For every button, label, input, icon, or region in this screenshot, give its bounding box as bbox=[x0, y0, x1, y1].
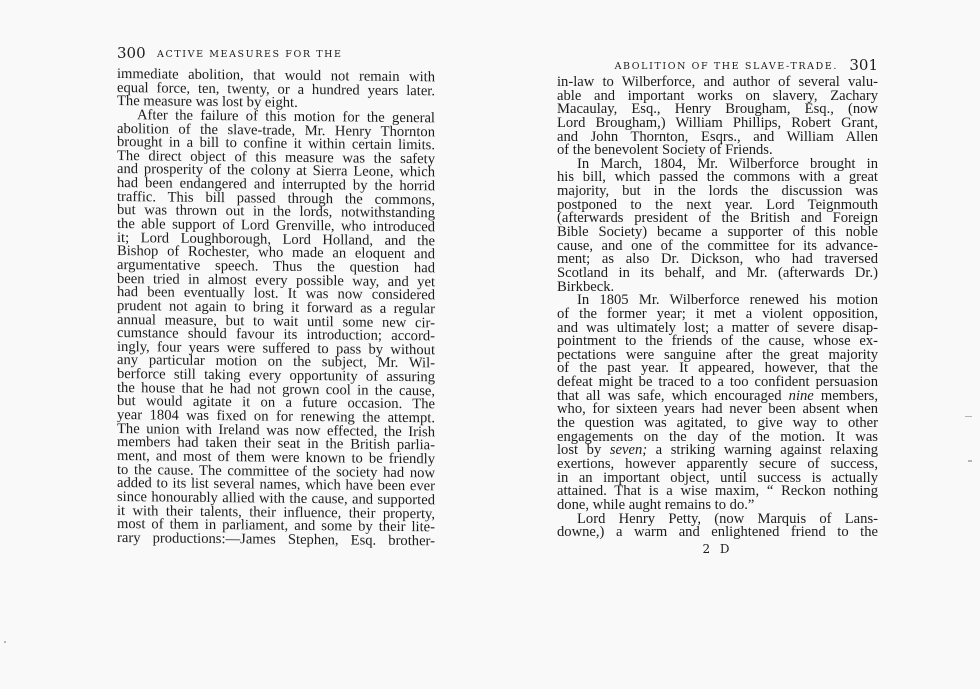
scan-artifact bbox=[968, 460, 972, 462]
running-head-title: ACTIVE MEASURES FOR THE bbox=[157, 49, 343, 60]
page-number: 301 bbox=[849, 56, 878, 74]
text-line: rary productions:—James Stephen, Esq. br… bbox=[117, 532, 435, 549]
scan-artifact bbox=[4, 641, 6, 643]
text-line: downe,) a warm and enlightened friend to… bbox=[557, 526, 878, 540]
right-running-head: ABOLITION OF THE SLAVE-TRADE. 301 bbox=[557, 56, 878, 76]
page-number: 300 bbox=[117, 44, 146, 62]
right-page-body: in-law to Wilberforce, and author of sev… bbox=[557, 76, 878, 540]
running-head-title: ABOLITION OF THE SLAVE-TRADE. bbox=[615, 61, 838, 72]
signature-mark: 2 D bbox=[557, 542, 878, 556]
scan-artifact bbox=[965, 416, 972, 417]
left-page-body: immediate abolition, that would not rema… bbox=[117, 68, 435, 549]
left-running-head: 300 ACTIVE MEASURES FOR THE bbox=[117, 44, 435, 68]
right-page: ABOLITION OF THE SLAVE-TRADE. 301 in-law… bbox=[557, 56, 878, 556]
left-page: 300 ACTIVE MEASURES FOR THE immediate ab… bbox=[117, 44, 435, 545]
